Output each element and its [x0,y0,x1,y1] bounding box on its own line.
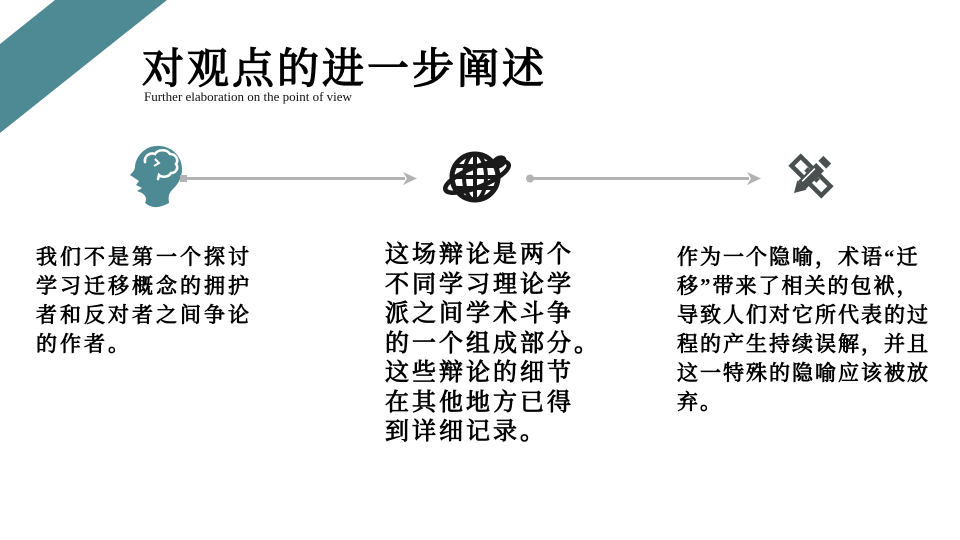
column-text-3: 作为一个隐喻，术语“迁 移”带来了相关的包袱， 导致人们对它所代表的过 程的产生… [677,243,930,417]
globe-orbit-icon [441,147,513,212]
page-subtitle: Further elaboration on the point of view [144,89,352,105]
column-text-1: 我们不是第一个探讨 学习迁移概念的拥护 者和反对者之间争论 的作者。 [36,243,252,359]
slide: 对观点的进一步阐述 Further elaboration on the poi… [0,0,960,540]
pencil-ruler-icon [785,149,837,208]
flow-arrow-right-icon [525,169,765,187]
head-brain-icon [124,145,186,214]
flow-arrow-right-icon [179,169,421,187]
page-title: 对观点的进一步阐述 [142,36,547,96]
column-text-2: 这场辩论是两个 不同学习理论学 派之间学术斗争 的一个组成部分。 这些辩论的细节… [385,241,601,448]
